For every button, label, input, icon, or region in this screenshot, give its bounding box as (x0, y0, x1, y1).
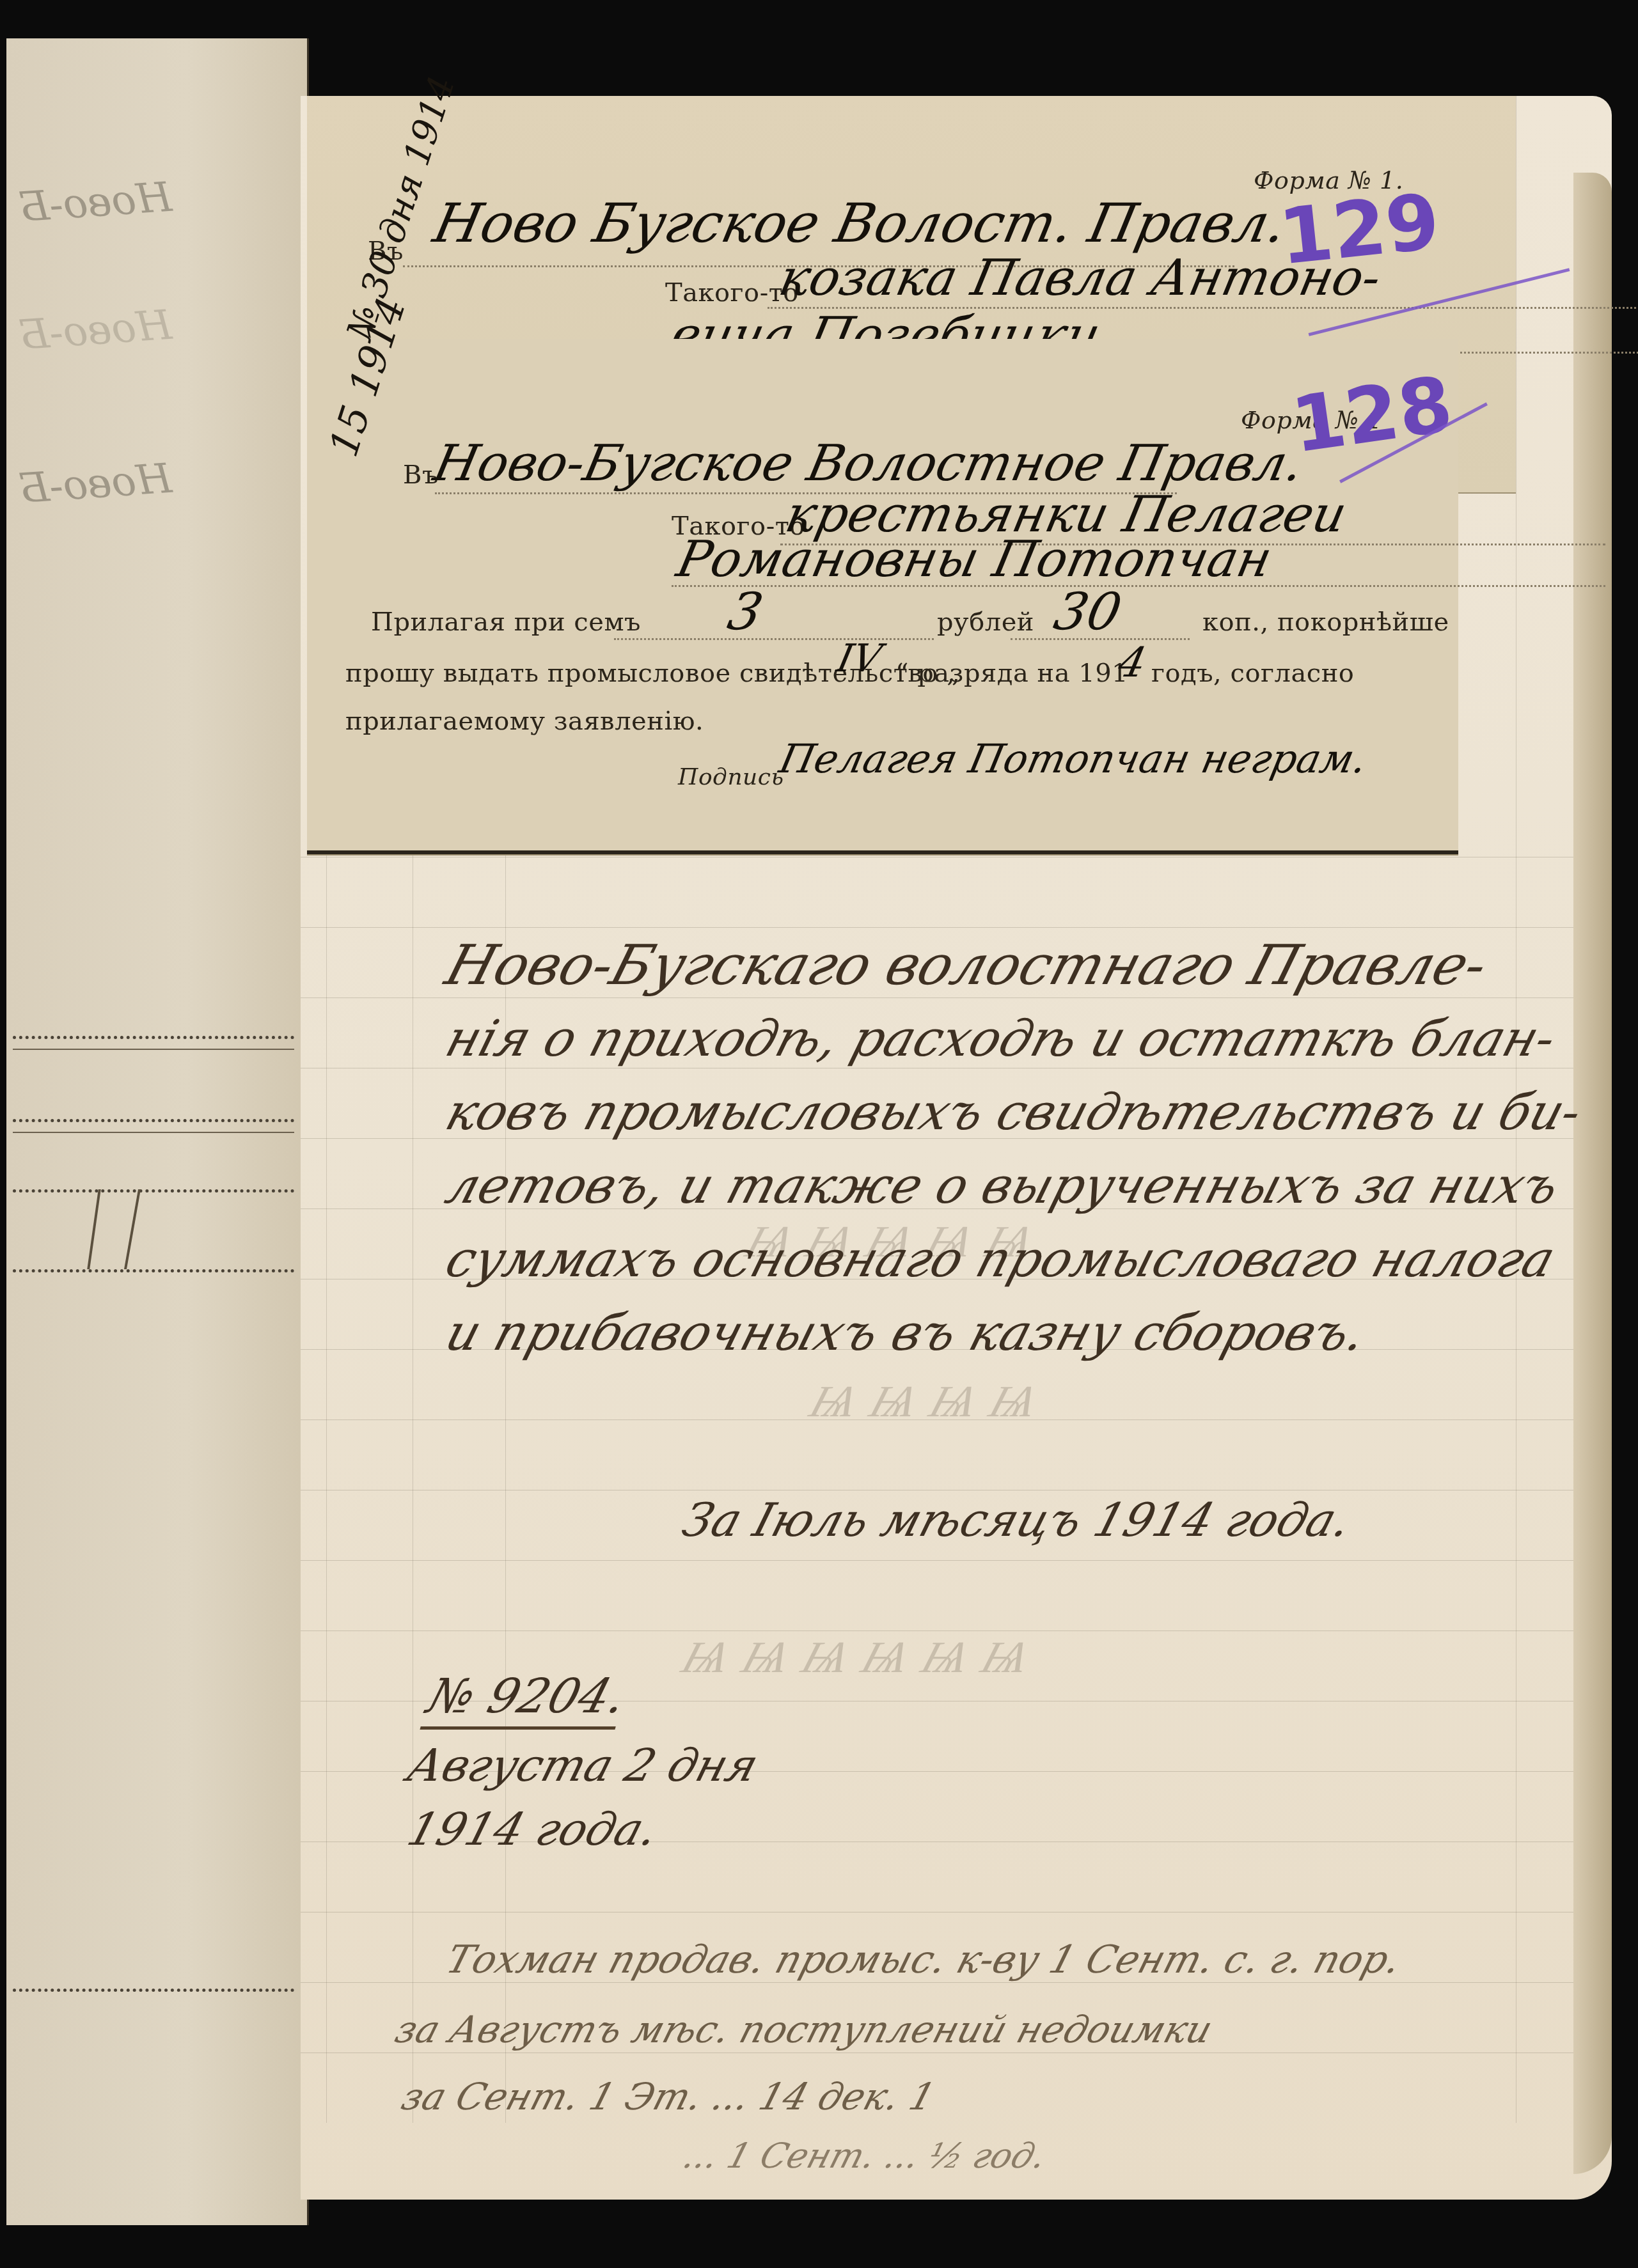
perforation-line (13, 1036, 294, 1039)
kopecks-value: 30 (1049, 582, 1127, 641)
title-line: суммахъ основнаго промысловаго налога (439, 1231, 1561, 1288)
registration-date: Августа 2 дня (402, 1739, 764, 1792)
mirrored-bleed-text: Ново-Б (18, 455, 173, 513)
registration-year: 1914 года. (402, 1803, 664, 1856)
slit-cut (124, 1189, 141, 1269)
signature-value: Пелагея Потопчан неграм. (775, 735, 1371, 782)
category-label: “ разряда на 191 (895, 659, 1128, 688)
title-line: ковъ промысловыхъ свидѣтельствъ и би- (439, 1084, 1588, 1141)
tear-line (13, 1049, 294, 1050)
title-line: летовъ, и также о вырученныхъ за нихъ (439, 1157, 1565, 1215)
kopecks-label: коп., покорнѣйше (1202, 607, 1449, 637)
rubles-label: рублей (937, 607, 1034, 637)
note-line: за Сент. 1 Эт. ... 14 дек. 1 (397, 2075, 940, 2118)
attached-statement-label: прилагаемому заявленію. (345, 707, 704, 736)
perforation-line (13, 1119, 294, 1122)
title-line: Ново-Бугскаго волостнаго Правле- (439, 934, 1495, 997)
title-line: и прибавочныхъ въ казну сборовъ. (439, 1304, 1372, 1362)
applicant-name-line1: козака Павла Антоно- (774, 249, 1386, 307)
year-digit: 4 (1114, 639, 1150, 687)
slit-cut (87, 1189, 101, 1269)
note-line: ... 1 Сент. ... ½ год. (679, 2136, 1051, 2176)
institution-value: Ново-Бугское Волостное Правл. (429, 435, 1308, 492)
note-line: Тохман продав. промыс. к-ву 1 Сент. с. г… (441, 1937, 1406, 1982)
rubles-value: 3 (723, 582, 768, 641)
attach-label: Прилагая при семъ (371, 607, 641, 637)
ledger-page-edge (1573, 173, 1612, 2174)
registration-number: № 9204. (420, 1669, 633, 1730)
bleed-through-text: Ѩ Ѩ Ѩ Ѩ Ѩ Ѩ (676, 1631, 1038, 1684)
tear-line (13, 1132, 294, 1133)
application-slip-bottom: Форма № 1 128 Въ Ново-Бугское Волостное … (307, 339, 1458, 854)
institution-value: Ново Бугское Волост. Правл. (429, 192, 1293, 254)
title-line: нія о приходѣ, расходѣ и остаткѣ блан- (439, 1010, 1562, 1068)
perforation-line (13, 1189, 294, 1193)
year-label: годъ, согласно (1151, 659, 1354, 688)
mirrored-bleed-text: Ново-Б (18, 174, 173, 231)
applicant-name-line2: Романовны Потопчан (672, 531, 1277, 588)
mirrored-bleed-text: Ново-Б (18, 302, 173, 359)
left-folded-page: Ново-Б Ново-Б Ново-Б (6, 38, 309, 2225)
perforation-line (13, 1269, 294, 1272)
stamp-number: 128 (1287, 360, 1458, 471)
bleed-through-text: Ѩ Ѩ Ѩ Ѩ (804, 1375, 1046, 1428)
note-line: за Августъ мѣс. поступлений недоимки (390, 2008, 1217, 2051)
signature-label: Подпись (678, 764, 784, 790)
perforation-line (13, 1989, 294, 1992)
period-line: За Іюль мѣсяцъ 1914 года. (677, 1493, 1357, 1547)
